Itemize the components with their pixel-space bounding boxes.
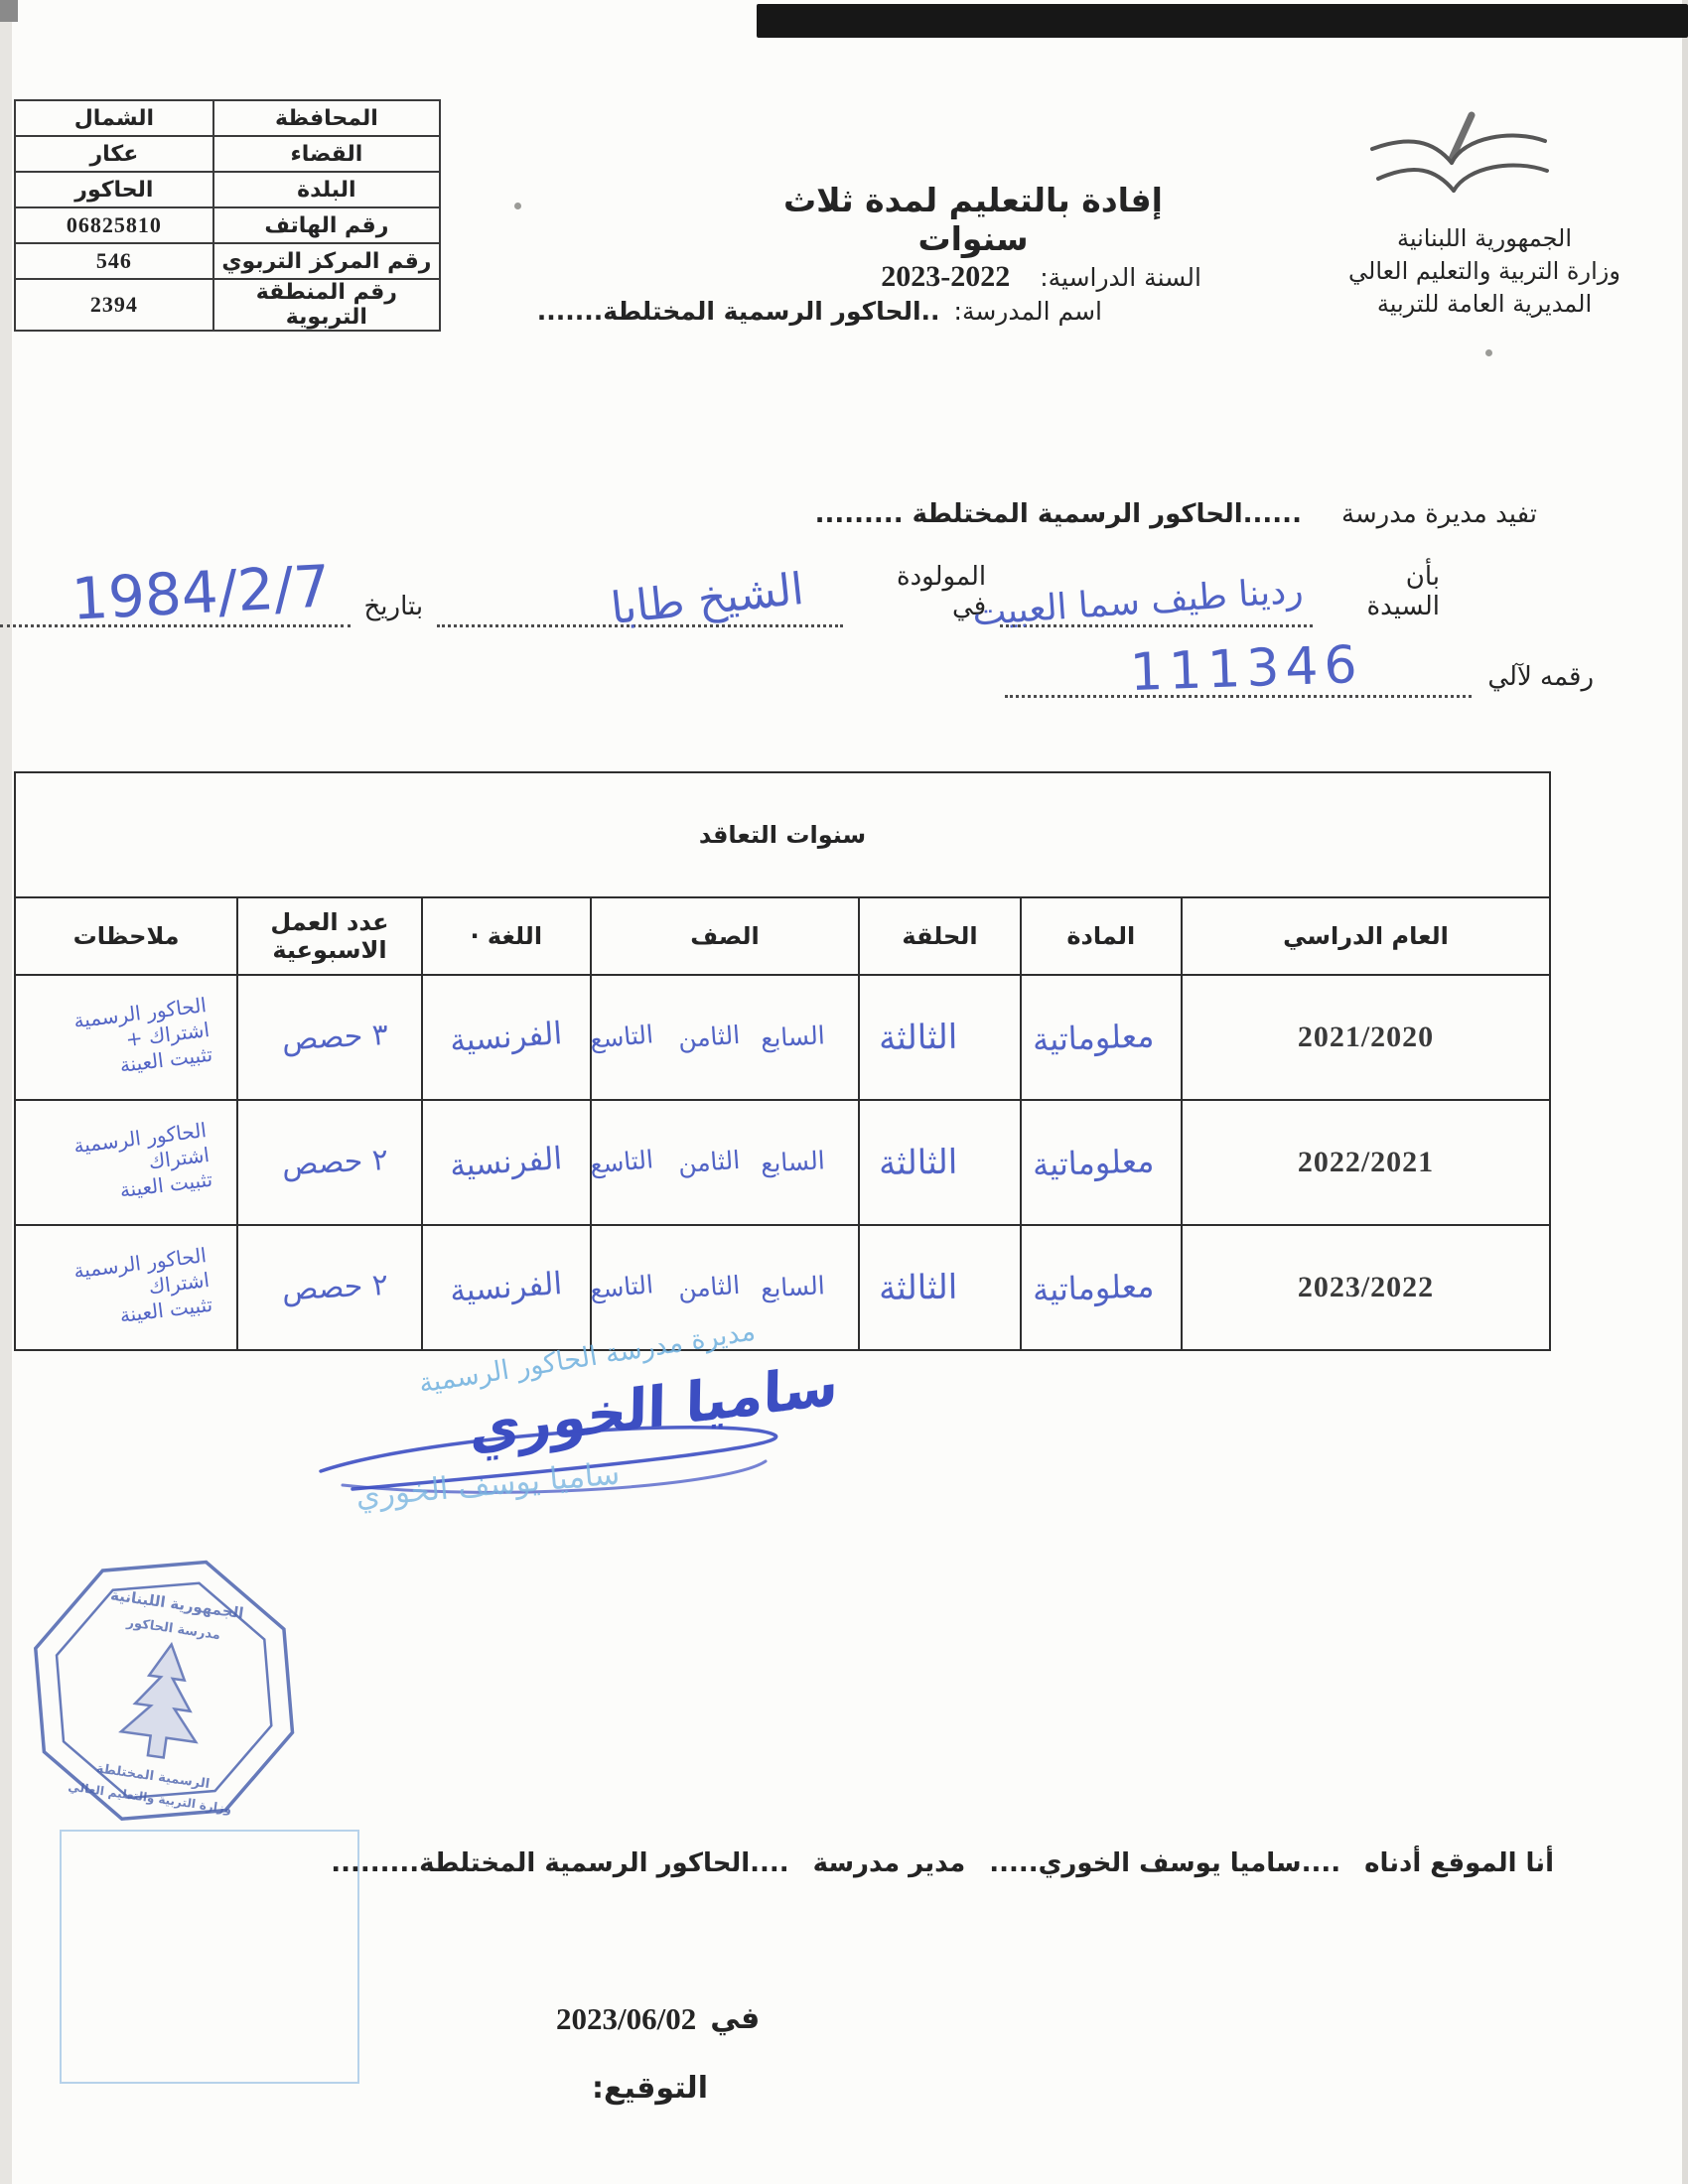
letterhead-line-directorate: المديرية العامة للتربية xyxy=(1321,288,1648,321)
declaration-name: ....ساميا يوسف الخوري..... xyxy=(989,1848,1340,1878)
born-in-label: المولودة في xyxy=(857,562,986,627)
statement-intro-label: تفيد مديرة مدرسة xyxy=(1341,499,1537,529)
handwritten-name: ردينا طيف سما العبيت xyxy=(971,570,1305,633)
col-header-language: اللغة · xyxy=(422,897,591,975)
hours-cell-handwritten: ٢ حصص xyxy=(282,1267,390,1307)
hours-cell-handwritten: ٢ حصص xyxy=(282,1142,390,1182)
info-label: رقم المركز التربوي xyxy=(213,243,440,279)
footer-date-value: 2023/06/02 xyxy=(556,2001,696,2037)
col-header-year: العام الدراسي xyxy=(1182,897,1550,975)
scan-speck xyxy=(1485,349,1492,356)
stamp-center-top-text: مدرسة الحاكور xyxy=(125,1615,221,1643)
letterhead: الجمهورية اللبنانية وزارة التربية والتعل… xyxy=(1321,222,1648,321)
scan-artifact-blue-box xyxy=(60,1830,359,2084)
table-row: 2023/2022 معلوماتية الثالثة السابع الثام… xyxy=(15,1225,1550,1350)
school-name-value: ..الحاكور الرسمية المختلطة....... xyxy=(537,297,940,326)
school-name-label: اسم المدرسة: xyxy=(954,297,1102,326)
table-row: البلدة الحاكور xyxy=(15,172,440,207)
academic-year-label: السنة الدراسية: xyxy=(1040,263,1201,292)
declaration-school: ....الحاكور الرسمية المختلطة......... xyxy=(331,1848,788,1878)
footer-date: في 2023/06/02 xyxy=(556,2001,760,2037)
info-value: الحاكور xyxy=(15,172,213,207)
grades-cell-handwritten: السابع الثامن التاسع xyxy=(591,975,860,1100)
number-dotted-field: 111346 xyxy=(1005,643,1472,698)
info-label: البلدة xyxy=(213,172,440,207)
info-value: 2394 xyxy=(15,279,213,331)
info-label: رقم المنطقة التربوية xyxy=(213,279,440,331)
cycle-cell-handwritten: الثالثة xyxy=(878,1143,957,1183)
subject-cell-handwritten: معلوماتية xyxy=(1032,1142,1155,1183)
page-title: إفادة بالتعليم لمدة ثلاث سنوات xyxy=(725,181,1221,258)
declaration-role: مدير مدرسة xyxy=(813,1848,966,1878)
school-name-row: اسم المدرسة: ..الحاكور الرسمية المختلطة.… xyxy=(537,297,1102,326)
notes-cell-handwritten: الحاكور الرسمية اشتراك + تثبيت العينة xyxy=(15,975,237,1100)
table-row: القضاء عكار xyxy=(15,136,440,172)
cedar-tree-icon xyxy=(118,1639,209,1761)
table-row: 2022/2021 معلوماتية الثالثة السابع الثام… xyxy=(15,1100,1550,1225)
table-row: 2021/2020 معلوماتية الثالثة السابع الثام… xyxy=(15,975,1550,1100)
name-dotted-field: ردينا طيف سما العبيت xyxy=(1000,573,1313,627)
year-cell: 2023/2022 xyxy=(1298,1271,1434,1303)
language-cell-handwritten: الفرنسية xyxy=(449,1016,563,1059)
computer-number-label: رقمه لآلي xyxy=(1487,662,1594,698)
statement-intro-line: تفيد مديرة مدرسة ......الحاكور الرسمية ا… xyxy=(815,499,1537,529)
open-book-quill-logo-icon xyxy=(1362,109,1557,214)
hours-cell-handwritten: ٣ حصص xyxy=(282,1017,390,1057)
official-octagon-stamp: الجمهورية اللبنانية مدرسة الحاكور الرسمي… xyxy=(1,1528,329,1855)
birthplace-dotted-field: الشيخ طابا xyxy=(437,573,843,627)
table-title-row: سنوات التعاقد xyxy=(15,772,1550,897)
col-header-notes: ملاحظات xyxy=(15,897,237,975)
birthdate-dotted-field: 1984/2/7 xyxy=(0,573,351,627)
table-row: رقم المنطقة التربوية 2394 xyxy=(15,279,440,331)
notes-cell-handwritten: الحاكور الرسمية اشتراك تثبيت العينة xyxy=(15,1100,237,1225)
declaration-prefix: أنا الموقع أدناه xyxy=(1364,1848,1554,1878)
footer-date-label: في xyxy=(710,2001,760,2037)
info-label: القضاء xyxy=(213,136,440,172)
statement-person-line: بأن السيدة ردينا طيف سما العبيت المولودة… xyxy=(0,562,1440,627)
info-label: المحافظة xyxy=(213,100,440,136)
contract-table-title: سنوات التعاقد xyxy=(15,772,1550,897)
year-cell: 2022/2021 xyxy=(1298,1146,1434,1178)
cycle-cell-handwritten: الثالثة xyxy=(878,1268,957,1308)
subject-cell-handwritten: معلوماتية xyxy=(1032,1017,1155,1058)
table-header-row: العام الدراسي المادة الحلقة الصف اللغة ·… xyxy=(15,897,1550,975)
scan-artifact-corner-mark xyxy=(0,0,18,22)
info-value: عكار xyxy=(15,136,213,172)
language-cell-handwritten: الفرنسية xyxy=(449,1266,563,1309)
col-header-cycle: الحلقة xyxy=(859,897,1020,975)
statement-number-line: رقمه لآلي 111346 xyxy=(1005,643,1594,698)
date-label: بتاريخ xyxy=(364,592,424,627)
table-row: المحافظة الشمال xyxy=(15,100,440,136)
table-row: رقم الهاتف 06825810 xyxy=(15,207,440,243)
notes-cell-handwritten: الحاكور الرسمية اشتراك تثبيت العينة xyxy=(15,1225,237,1350)
info-value: 06825810 xyxy=(15,207,213,243)
academic-year-value: 2023-2022 xyxy=(881,260,1010,294)
scanned-certificate-page: الجمهورية اللبنانية وزارة التربية والتعل… xyxy=(0,0,1688,2184)
year-cell: 2021/2020 xyxy=(1298,1021,1434,1053)
subject-cell-handwritten: معلوماتية xyxy=(1032,1267,1155,1308)
scan-speck xyxy=(514,203,521,209)
info-label: رقم الهاتف xyxy=(213,207,440,243)
language-cell-handwritten: الفرنسية xyxy=(449,1141,563,1184)
handwritten-computer-number: 111346 xyxy=(1129,635,1363,703)
info-value: الشمال xyxy=(15,100,213,136)
contract-years-table: سنوات التعاقد العام الدراسي المادة الحلق… xyxy=(14,771,1551,1351)
academic-year-row: السنة الدراسية: 2023-2022 xyxy=(881,260,1201,294)
col-header-subject: المادة xyxy=(1021,897,1182,975)
info-value: 546 xyxy=(15,243,213,279)
col-header-grade: الصف xyxy=(591,897,860,975)
cycle-cell-handwritten: الثالثة xyxy=(878,1018,957,1058)
signature-label: التوقيع: xyxy=(592,2071,708,2106)
info-table: المحافظة الشمال القضاء عكار البلدة الحاك… xyxy=(14,99,441,332)
scan-artifact-top-black-bar xyxy=(757,4,1688,38)
scan-artifact-left-strip xyxy=(0,0,12,2184)
table-row: رقم المركز التربوي 546 xyxy=(15,243,440,279)
footer-declaration: أنا الموقع أدناه ....ساميا يوسف الخوري..… xyxy=(331,1848,1554,1878)
handwritten-birthplace: الشيخ طابا xyxy=(609,564,806,634)
col-header-weekly-hours: عدد العمل الاسبوعية xyxy=(237,897,422,975)
grades-cell-handwritten: السابع الثامن التاسع xyxy=(591,1100,860,1225)
handwritten-birthdate: 1984/2/7 xyxy=(70,552,332,633)
statement-school-value: ......الحاكور الرسمية المختلطة ......... xyxy=(815,499,1302,529)
letterhead-line-ministry: وزارة التربية والتعليم العالي xyxy=(1321,255,1648,288)
scan-artifact-right-strip xyxy=(1682,0,1688,2184)
letterhead-line-republic: الجمهورية اللبنانية xyxy=(1321,222,1648,255)
madam-label: بأن السيدة xyxy=(1327,562,1440,627)
